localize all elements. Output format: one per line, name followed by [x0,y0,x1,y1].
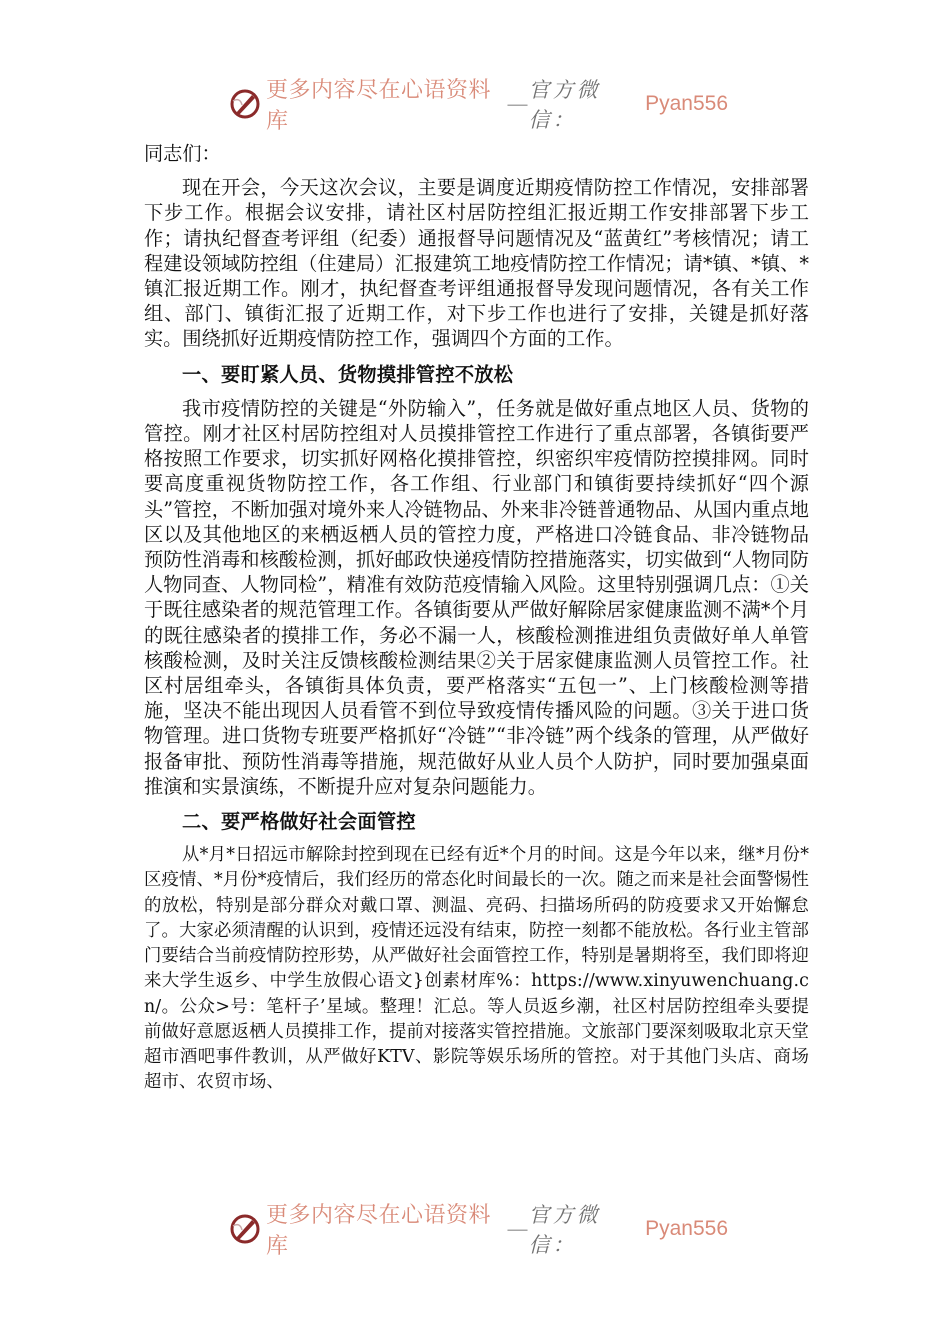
banner-wechat-id: Pyan556 [645,92,728,116]
greeting: 同志们： [144,141,809,166]
footer-banner: 更多内容尽在心语资料库 — 官方微信： Pyan556 [228,1209,728,1249]
intro-paragraph: 现在开会，今天这次会议，主要是调度近期疫情防控工作情况，安排部署下步工作。根据会… [144,175,809,351]
section-heading-2: 二、要严格做好社会面管控 [144,809,809,834]
banner-promo-text: 更多内容尽在心语资料库 [266,73,507,135]
section-body-2: 从*月*日招远市解除封控到现在已经有近*个月的时间。这是今年以来，继*月份*区疫… [144,843,809,1095]
banner-wechat-label: 官方微信： [529,74,646,134]
quill-pen-logo-icon [228,87,262,121]
banner-wechat-label: 官方微信： [529,1199,646,1259]
section-heading-1: 一、要盯紧人员、货物摸排管控不放松 [144,362,809,387]
banner-dash: — [507,92,529,117]
header-banner: 更多内容尽在心语资料库 — 官方微信： Pyan556 [228,84,728,124]
section-body-1: 我市疫情防控的关键是“外防输入”，任务就是做好重点地区人员、货物的管控。刚才社区… [144,396,809,799]
quill-pen-logo-icon [228,1212,262,1246]
document-body: 同志们： 现在开会，今天这次会议，主要是调度近期疫情防控工作情况，安排部署下步工… [144,141,809,1095]
banner-promo-text: 更多内容尽在心语资料库 [266,1198,507,1260]
banner-wechat-id: Pyan556 [645,1217,728,1241]
banner-dash: — [507,1217,529,1242]
